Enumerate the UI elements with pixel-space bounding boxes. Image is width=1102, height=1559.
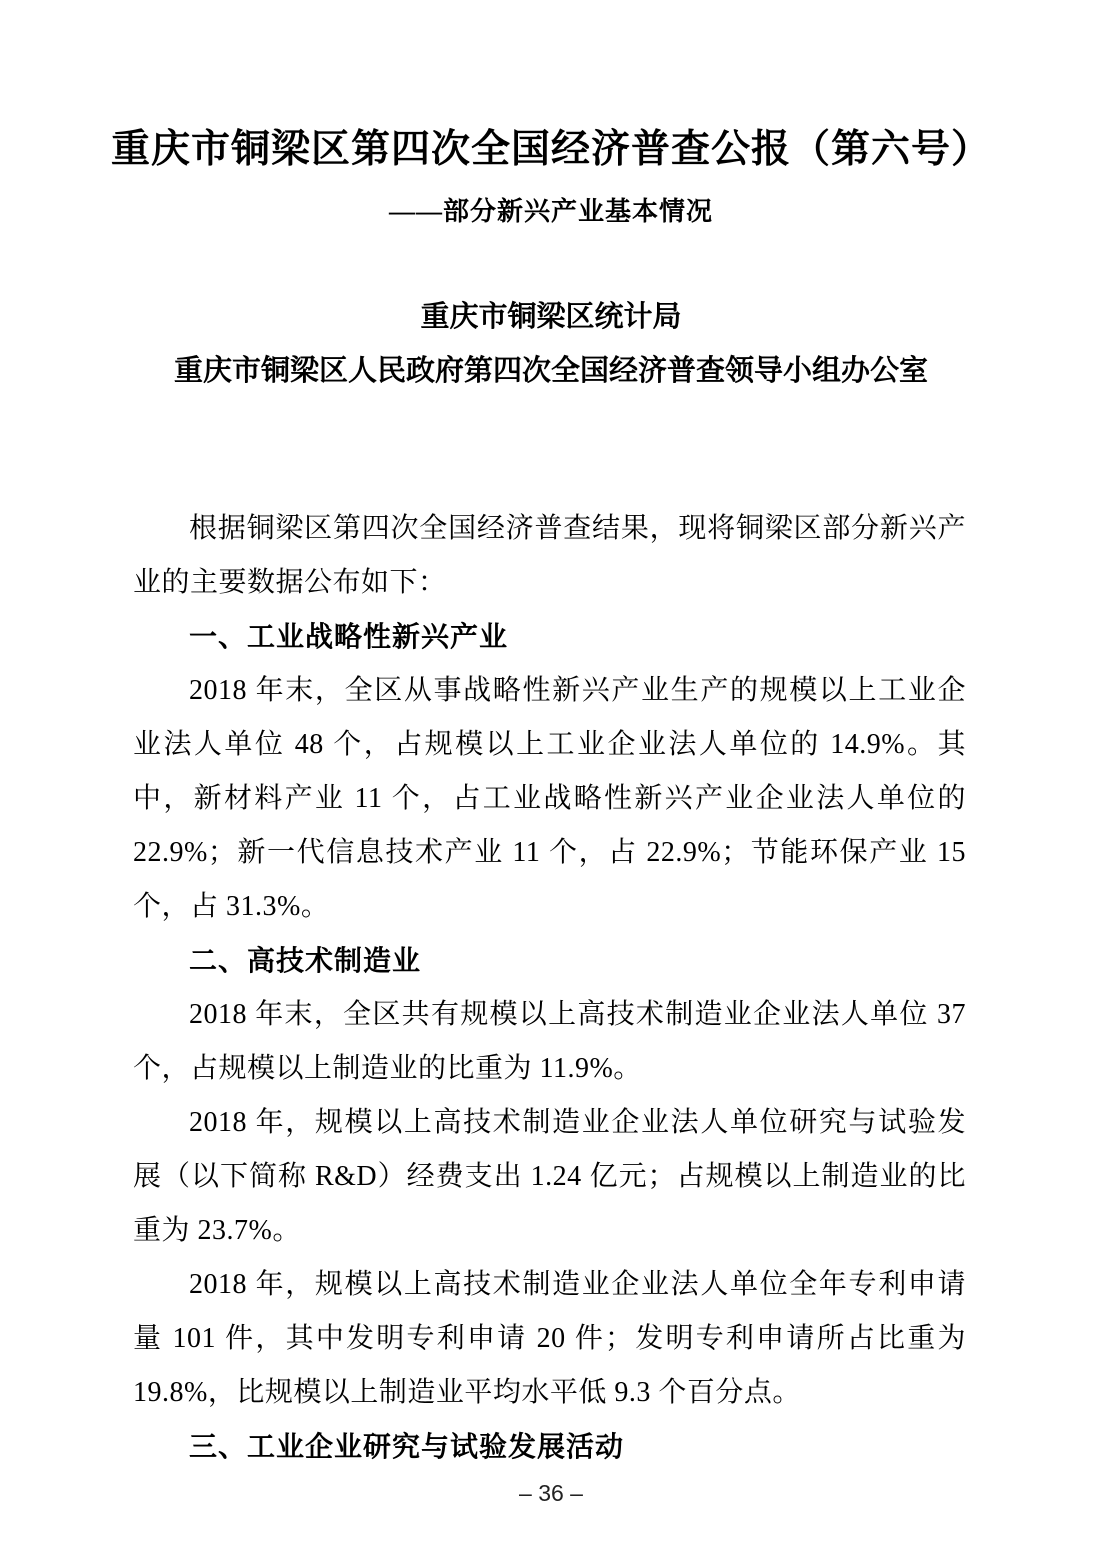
issuer-block: 重庆市铜梁区统计局 重庆市铜梁区人民政府第四次全国经济普查领导小组办公室 (0, 290, 1102, 398)
issuer-line-statistics-bureau: 重庆市铜梁区统计局 (0, 290, 1102, 344)
issuer-line-census-leading-group-office: 重庆市铜梁区人民政府第四次全国经济普查领导小组办公室 (0, 344, 1102, 398)
section-heading-1: 一、工业战略性新兴产业 (133, 610, 966, 664)
section-2-paragraph-3: 2018 年，规模以上高技术制造业企业法人单位全年专利申请量 101 件，其中发… (133, 1258, 966, 1420)
document-title: 重庆市铜梁区第四次全国经济普查公报（第六号） (68, 126, 1034, 175)
document-subtitle: ——部分新兴产业基本情况 (0, 191, 1102, 228)
section-heading-2: 二、高技术制造业 (133, 934, 966, 988)
document-body: 根据铜梁区第四次全国经济普查结果，现将铜梁区部分新兴产业的主要数据公布如下： 一… (133, 502, 966, 1474)
section-2-paragraph-1: 2018 年末，全区共有规模以上高技术制造业企业法人单位 37 个，占规模以上制… (133, 988, 966, 1096)
section-2-paragraph-2: 2018 年，规模以上高技术制造业企业法人单位研究与试验发展（以下简称 R&D）… (133, 1096, 966, 1258)
section-1-paragraph-1: 2018 年末，全区从事战略性新兴产业生产的规模以上工业企业法人单位 48 个，… (133, 664, 966, 934)
intro-paragraph: 根据铜梁区第四次全国经济普查结果，现将铜梁区部分新兴产业的主要数据公布如下： (133, 502, 966, 610)
section-heading-3: 三、工业企业研究与试验发展活动 (133, 1420, 966, 1474)
page-number: – 36 – (0, 1480, 1102, 1507)
document-page: 重庆市铜梁区第四次全国经济普查公报（第六号） ——部分新兴产业基本情况 重庆市铜… (0, 0, 1102, 1559)
